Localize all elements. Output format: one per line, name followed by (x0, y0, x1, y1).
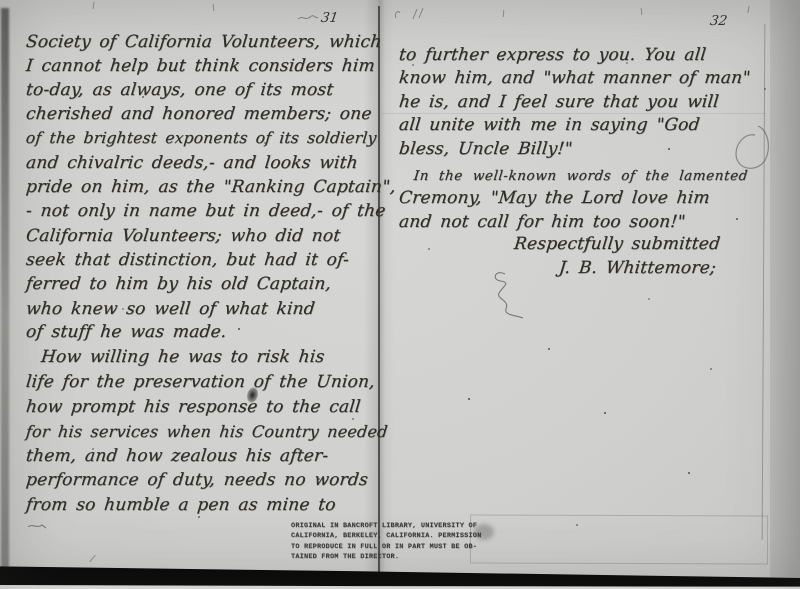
handwritten-line: and not call for him too soon!" (398, 212, 686, 232)
handwritten-line: all unite with me in saying "God (398, 115, 701, 135)
stamp-line: TAINED FROM THE DIRECTOR. (291, 552, 481, 562)
left-page: Society of California Volunteers, which … (25, 0, 380, 589)
handwritten-line: Society of California Volunteers, which (25, 32, 382, 52)
handwritten-line: from so humble a pen as mine to (25, 495, 337, 515)
page-right-margin (770, 0, 800, 589)
handwritten-line: them, and how zealous his after- (25, 446, 329, 466)
handwritten-line: In the well-known words of the lamented (398, 168, 749, 184)
handwritten-line: know him, and "what manner of man" (398, 68, 751, 88)
handwritten-line: how prompt his response to the call (25, 397, 362, 417)
closing-line: Respectfully submitted (513, 234, 721, 254)
right-page: to further express to you. You all know … (398, 0, 770, 589)
handwritten-line: Cremony, "May the Lord love him (398, 188, 711, 208)
handwritten-line: cherished and honored members; one (25, 104, 373, 124)
stamp-line: TO REPRODUCE IN FULL OR IN PART MUST BE … (291, 542, 481, 552)
photo-dust-specks (0, 0, 2, 2)
handwritten-line: bless, Uncle Billy!" (398, 139, 574, 159)
photo-left-edge (1, 8, 9, 568)
library-stamp: ORIGINAL IN BANCROFT LIBRARY, UNIVERSITY… (291, 521, 481, 563)
handwritten-line: of stuff he was made. (25, 322, 228, 342)
handwritten-line: life for the preservation of the Union, (25, 372, 376, 392)
stamp-line: ORIGINAL IN BANCROFT LIBRARY, UNIVERSITY… (291, 521, 481, 531)
handwritten-line: who knew so well of what kind (25, 299, 316, 319)
handwritten-line: he is, and I feel sure that you will (398, 92, 720, 112)
pencil-loop-mark (730, 122, 774, 174)
handwritten-line: pride on him, as the "Ranking Captain", (25, 177, 397, 197)
handwritten-line: and chivalric deeds,- and looks with (25, 153, 359, 173)
handwritten-line: - not only in name but in deed,- of the (25, 201, 387, 221)
signature: J. B. Whittemore; (558, 258, 717, 278)
handwritten-line: I cannot help but think considers him (25, 56, 376, 76)
handwritten-line: for his services when his Country needed (25, 422, 389, 441)
pencil-flourish (483, 268, 535, 320)
handwritten-line: ferred to him by his old Captain, (25, 274, 332, 294)
handwritten-line: How willing he was to risk his (25, 347, 325, 367)
handwritten-line: performance of duty, needs no words (25, 470, 369, 490)
handwritten-line: to-day, as always, one of its most (25, 80, 334, 100)
manuscript-photo: 31 32 Society of California Volunteers, … (0, 0, 800, 589)
handwritten-line: seek that distinction, but had it of- (25, 250, 350, 270)
handwritten-line: of the brightest exponents of its soldie… (25, 129, 377, 147)
handwritten-line: to further express to you. You all (398, 45, 707, 65)
stamp-line: CALIFORNIA, BERKELEY, CALIFORNIA. PERMIS… (291, 531, 481, 541)
handwritten-line: California Volunteers; who did not (25, 226, 341, 246)
